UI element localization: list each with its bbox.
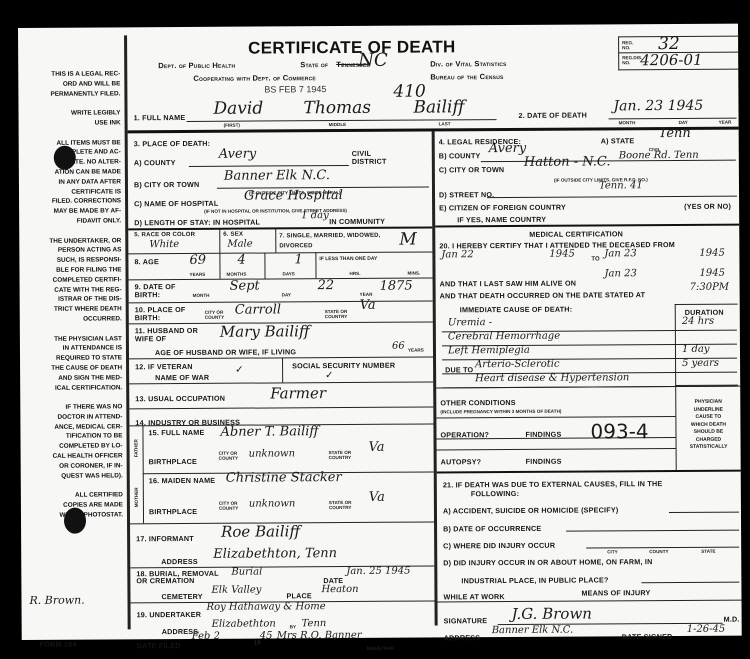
undertaker-address-by: BY (290, 624, 296, 629)
residence-street: Tenn. 41 (599, 180, 643, 191)
undertaker-name: Roy Hathaway & Home (207, 601, 326, 613)
sidebar-note-line: ATION CAN BE MADE (19, 167, 121, 177)
external-county: COUNTY (649, 549, 668, 554)
sidebar-note-line: MAY BE MADE BY AF- (19, 207, 121, 217)
date-filed: Feb 2 (192, 631, 220, 642)
external-heading2: FOLLOWING: (471, 489, 519, 498)
birth-month: Sept (230, 279, 260, 294)
place-of-death-city-label: B) CITY OR TOWN (134, 180, 199, 189)
place-of-death-label: 3. PLACE OF DEATH: (134, 139, 211, 148)
birth-city: Carroll (235, 302, 281, 317)
full-name-middle-label: MIDDLE (329, 122, 347, 127)
hospital-name: Grace Hospital (244, 188, 343, 204)
external-heading: 21. IF DEATH WAS DUE TO EXTERNAL CAUSES,… (443, 479, 663, 489)
birth-place-label: 10. PLACE OF BIRTH: (135, 306, 195, 322)
full-name-first-label: (FIRST) (224, 123, 240, 128)
physician-signature: J.G. Brown (512, 605, 592, 623)
birth-date-label: 9. DATE OF BIRTH: (135, 283, 195, 299)
marital-label: 7. SINGLE, MARRIED, WIDOWED, DIVORCED (279, 231, 389, 252)
external-c: C) WHERE DID INJURY OCCUR (443, 541, 555, 551)
sidebar-note-line: COMPLETED BY LO- (21, 442, 123, 452)
time-of-death: 7:30PM (690, 282, 730, 293)
sidebar-note-line (18, 99, 120, 109)
sidebar-note-line: SUCH, IS RESPONSI- (19, 256, 121, 266)
medical-occurred-label: AND THAT DEATH OCCURRED ON THE DATE STAT… (440, 290, 646, 300)
left-border (124, 35, 131, 629)
legal-residence-foreign-label: E) CITIZEN OF FOREIGN COUNTRY (439, 203, 566, 213)
mother-state-label: STATE OR COUNTRY (329, 500, 361, 510)
external-city: CITY (607, 549, 617, 554)
spouse-label: 11. HUSBAND OR WIFE OF (135, 327, 205, 343)
full-name-label: 1. FULL NAME (134, 113, 186, 122)
cause-duration: 24 hrs (682, 316, 714, 327)
sidebar-note-line: THE CAUSE OF DEATH (20, 363, 122, 373)
sidebar-note-line (19, 226, 121, 236)
cause-of-death-line: Uremia - (448, 317, 492, 328)
mother-birthplace-label: BIRTHPLACE (149, 507, 197, 516)
veteran-war-label: NAME OF WAR (155, 373, 209, 382)
external-means: MEANS OF INJURY (581, 588, 650, 597)
cause-of-death-line: Heart disease & Hypertension (475, 372, 629, 384)
birth-state: Va (360, 298, 376, 313)
place-of-death-civil-district-label: CIVIL DISTRICT (352, 150, 392, 166)
external-state: STATE (701, 549, 715, 554)
mother-name: Christine Stacker (226, 470, 342, 486)
physician-note: PHYSICIANUNDERLINECAUSE TOWHICH DEATHSHO… (678, 399, 738, 452)
filed-registrar-label: REGISTRAR (367, 646, 394, 651)
father-name: Abner T. Bailiff (220, 424, 318, 440)
burial-cemetery-label: CEMETERY (161, 592, 202, 601)
age-less-day-label: IF LESS THAN ONE DAY (319, 256, 377, 262)
sidebar-note-line: ANCE, MEDICAL CER- (20, 422, 122, 432)
birth-date-day-label: DAY (282, 292, 291, 297)
sidebar-note-line: ALL CERTIFIED (21, 491, 123, 501)
medical-immediate-label: IMMEDIATE CAUSE OF DEATH: (460, 305, 573, 315)
sidebar-instructions: THIS IS A LEGAL REC-ORD AND WILL BEPERMA… (18, 69, 123, 520)
form-number: FORM 104 (40, 640, 77, 649)
legal-residence-city-label: C) CITY OR TOWN (439, 165, 504, 174)
spouse-age: 66 (392, 341, 405, 352)
sidebar-note-line (20, 324, 122, 334)
causes-list: Uremia -24 hrsCerebral HemorrhageLeft He… (18, 24, 738, 28)
mother-birth-city: unknown (249, 498, 295, 509)
sidebar-note-line: TRICT WHERE DEATH (20, 304, 122, 314)
age-days-label: DAYS (282, 271, 294, 276)
age-months: 4 (237, 253, 245, 268)
external-a: A) ACCIDENT, SUICIDE OR HOMICIDE (SPECIF… (443, 505, 619, 515)
sidebar-note-line (19, 128, 121, 138)
medical-signature-label: SIGNATURE (444, 616, 488, 625)
death-city: Banner Elk N.C. (224, 168, 330, 184)
sidebar-note-line: OCCURRED. (20, 314, 122, 324)
medical-findings-label: FINDINGS (526, 457, 562, 466)
sidebar-note-line: AND SIGN THE MED- (20, 373, 122, 383)
sidebar-note-line: IF THERE WAS NO (20, 402, 122, 412)
attended-to: Jan 23 (604, 248, 636, 259)
external-d: D) DID INJURY OCCUR IN OR ABOUT HOME, ON… (443, 557, 652, 567)
age-days: 1 (294, 252, 302, 267)
place-of-death-county-label: A) COUNTY (134, 158, 176, 167)
div-vital-stats: Div. of Vital Statistics (430, 59, 506, 68)
medical-other-note: (INCLUDE PREGNANCY WITHIN 3 MONTHS OF DE… (440, 409, 561, 415)
war-check: ✓ (235, 365, 243, 376)
medical-autopsy-label: AUTOPSY? (441, 457, 482, 466)
birth-year: 1875 (380, 279, 413, 294)
cause-duration: 1 day (682, 344, 710, 355)
registrar-name: Mrs R.O. Banner (277, 630, 362, 642)
veteran-ssn-label: SOCIAL SECURITY NUMBER (292, 361, 395, 371)
sidebar-note-line: THIS IS A LEGAL REC- (18, 69, 120, 79)
legal-residence-state-label: A) STATE (601, 136, 635, 145)
father-side-label: FATHER (134, 439, 139, 457)
external-d2: INDUSTRIAL PLACE, IN PUBLIC PLACE? (461, 575, 608, 585)
date-of-death-label: 2. DATE OF DEATH (519, 111, 587, 120)
sidebar-note-line: USE INK (19, 118, 121, 128)
medical-from-year: 1945 (549, 249, 575, 260)
place-of-death-stay-label: D) LENGTH OF STAY: IN HOSPITAL (134, 218, 260, 228)
sidebar-note-line: OR CORONER, IF IN- (21, 461, 123, 471)
birth-day: 22 (318, 278, 335, 293)
medical-last-saw-label: AND THAT I LAST SAW HIM ALIVE ON (440, 279, 577, 289)
sidebar-note-line: DOCTOR IN ATTEND- (20, 412, 122, 422)
medical-heading: MEDICAL CERTIFICATION (529, 229, 623, 239)
legal-residence-foreign-yesno: (YES OR NO) (684, 202, 731, 211)
dept-public-health: Dept. of Public Health (158, 61, 235, 70)
sidebar-signature: R. Brown. (29, 594, 84, 607)
cause-of-death-line: Cerebral Hemorrhage (448, 331, 560, 343)
sidebar-note-line: IN ATTENDANCE IS (20, 344, 122, 354)
burial-value: Burial (231, 567, 262, 578)
sidebar-note-line: ISTRAR OF THE DIS- (20, 295, 122, 305)
sidebar-note-line: ICAL CERTIFICATION. (20, 383, 122, 393)
medical-to-label: TO (591, 256, 599, 262)
age-years: 69 (189, 253, 206, 268)
race-value: White (149, 239, 179, 250)
age-label: 8. AGE (134, 257, 159, 266)
sidebar-note-line: BLE FOR FILING THE (19, 265, 121, 275)
date-signed: 1-26-45 (687, 624, 726, 635)
sidebar-note-line: PERSON ACTING AS (19, 246, 121, 256)
birth-place-city-label: CITY OR COUNTY (205, 310, 230, 320)
mother-name-label: 16. MAIDEN NAME (149, 477, 219, 484)
cause-code: 093-4 (590, 419, 648, 443)
date-of-death-month-label: MONTH (619, 120, 636, 125)
sidebar-note-line: REQUIRED TO STATE (20, 353, 122, 363)
spouse-name: Mary Bailiff (220, 322, 310, 341)
burial-place: Heaton (321, 584, 358, 595)
sidebar-note-line (21, 481, 123, 491)
place-of-death-hospital-label: C) NAME OF HOSPITAL (134, 199, 218, 209)
death-certificate: THIS IS A LEGAL REC-ORD AND WILL BEPERMA… (18, 24, 742, 640)
sidebar-note-line: WRITE LEGIBLY (18, 109, 120, 119)
sidebar-note-line: IN ANY DATA AFTER (19, 177, 121, 187)
redaction-blot (54, 146, 76, 170)
residence-city: Hatton - N.C. (524, 154, 611, 170)
bureau-census: Bureau of the Census (430, 72, 503, 81)
informant-name: Roe Bailiff (221, 522, 300, 540)
sidebar-note-line: CAL HEALTH OFFICER (21, 451, 123, 461)
filed-label: DATE FILED (137, 641, 181, 650)
age-years-label: YEARS (189, 272, 205, 277)
sidebar-note-line: PERMANENTLY FILED. (18, 89, 120, 99)
physician-address: Banner Elk N.C. (492, 625, 574, 636)
reg-dist-no: 4206-01 (640, 51, 702, 69)
mother-birth-state: Va (369, 490, 385, 505)
age-hrs-label: HRS. (349, 271, 360, 276)
veteran-label: 12. IF VETERAN (135, 362, 193, 371)
undertaker-address: Elizabethton (212, 618, 276, 629)
date-of-death-year-label: YEAR (719, 120, 732, 125)
external-b: B) DATE OF OCCURRENCE (443, 524, 541, 534)
race-label: 5. RACE OR COLOR (134, 232, 195, 238)
undertaker-address-after: Tenn (302, 618, 327, 629)
medical-due-to-label: DUE TO (445, 365, 473, 374)
occupation: Farmer (270, 384, 326, 402)
birth-place-state-label: STATE OR COUNTRY (325, 309, 357, 319)
page-title: CERTIFICATE OF DEATH (248, 37, 456, 58)
mother-city-label: CITY OR COUNTY (219, 501, 243, 511)
full-name-last-label: LAST (439, 121, 451, 126)
informant-label: 17. INFORMANT (136, 534, 194, 543)
father-birthplace-label: BIRTHPLACE (149, 457, 197, 466)
state-handwritten: NC (358, 50, 388, 71)
sidebar-note-line: TIFICATION TO BE (20, 432, 122, 442)
father-birth-city: unknown (249, 448, 295, 459)
sidebar-note-line: THE PHYSICIAN LAST (20, 334, 122, 344)
sidebar-note-line: FIDAVIT ONLY. (19, 216, 121, 226)
date-of-death-day-label: DAY (679, 120, 688, 125)
cause-duration: 5 years (682, 358, 719, 369)
birth-date-month-label: MONTH (193, 293, 210, 298)
death-county: Avery (219, 147, 257, 162)
attended-from: Jan 22 (441, 249, 473, 260)
last-saw-alive: Jan 23 (604, 268, 636, 279)
physician-note-line: STATISTICALLY (679, 444, 739, 452)
cooperating-commerce: Cooperating with Dept. of Commerce (193, 73, 316, 83)
father-state-label: STATE OR COUNTRY (329, 450, 361, 460)
sex-label: 6. SEX (223, 232, 243, 238)
informant-address: Elizabethton, Tenn (213, 546, 337, 562)
received-stamp: BS FEB 7 1945 (264, 84, 326, 94)
medical-date-signed-label: DATE SIGNED (622, 632, 673, 641)
medical-last-saw-year: 1945 (699, 268, 725, 279)
middle-name: Thomas (303, 98, 371, 118)
date-of-death: Jan. 23 1945 (613, 98, 703, 115)
spouse-years-label: YEARS (408, 348, 424, 353)
spouse-age-label: AGE OF HUSBAND OR WIFE, IF LIVING (155, 347, 296, 357)
father-name-label: 15. FULL NAME (148, 429, 218, 436)
sidebar-note-line: ORD AND WILL BE (18, 79, 120, 89)
sex-value: Male (227, 239, 252, 250)
medical-md: M.D. (724, 615, 740, 624)
ssn-check: ✓ (325, 370, 333, 381)
external-work: WHILE AT WORK (443, 592, 504, 601)
birth-date-year-label: YEAR (360, 292, 373, 297)
cause-of-death-line: Arterio-Sclerotic (475, 359, 560, 371)
sidebar-note-line: CATE WITH THE REG- (20, 285, 122, 295)
age-mins-label: MINS. (407, 271, 420, 276)
legal-residence-country-label: IF YES, NAME COUNTRY (457, 215, 546, 225)
marital-value: M (399, 230, 417, 250)
legal-residence-county-label: B) COUNTY (439, 151, 481, 160)
burial-date: Jan. 25 1945 (346, 566, 410, 577)
medical-address-label: ADDRESS (444, 633, 481, 642)
informant-address-label: ADDRESS (161, 557, 198, 566)
mother-side-label: MOTHER (134, 487, 139, 507)
residence-state: Tenn (659, 126, 691, 141)
father-birth-state: Va (369, 440, 385, 455)
sidebar-note-line (20, 393, 122, 403)
legal-residence-street-label: D) STREET NO. (439, 190, 494, 199)
father-city-label: CITY OR COUNTY (219, 451, 243, 461)
last-name: Bailiff (413, 97, 464, 117)
sidebar-note-line: QUEST WAS HELD). (21, 471, 123, 481)
sidebar-note-line: FILED. CORRECTIONS (19, 197, 121, 207)
medical-other-label: OTHER CONDITIONS (440, 398, 516, 407)
place-of-death-community-label: IN COMMUNITY (329, 217, 385, 226)
hospital-stay: 1 day (301, 210, 329, 221)
undertaker-label: 19. UNDERTAKER (137, 610, 202, 619)
first-name: David (213, 99, 263, 119)
cause-of-death-line: Left Hemiplegia (448, 345, 530, 356)
redaction-blot (64, 508, 86, 534)
medical-to-year: 1945 (699, 248, 725, 259)
filed-year: 45 (260, 630, 273, 641)
sidebar-note-line: THE UNDERTAKER, OR (19, 236, 121, 246)
state-of-label: State of (300, 60, 328, 69)
age-months-label: MONTHS (226, 272, 246, 277)
sidebar-note-line: CERTIFICATE IS (19, 187, 121, 197)
burial-label: 18. BURIAL, REMOVAL OR CREMATION (136, 570, 226, 585)
cemetery: Elk Valley (211, 585, 261, 596)
burial-place-label: PLACE (286, 591, 311, 600)
occupation-label: 13. USUAL OCCUPATION (135, 394, 225, 404)
sidebar-note-line: COMPLETED CERTIFI- (20, 275, 122, 285)
residence-county: Avery (489, 141, 527, 156)
